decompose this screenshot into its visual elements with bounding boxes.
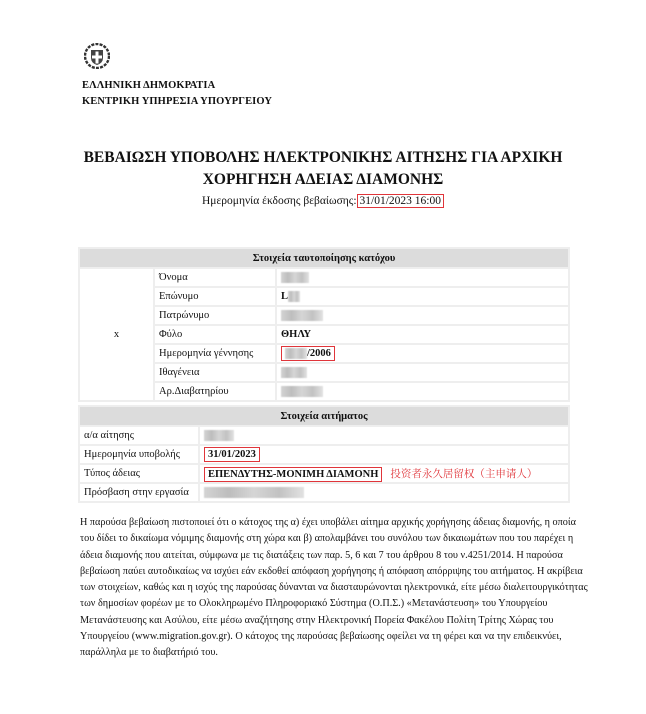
table-row: Ημερομηνία υποβολής 31/01/2023 — [79, 445, 569, 464]
holder-identification-table: Στοιχεία ταυτοποίησης κατόχου x Όνομα Επ… — [78, 247, 570, 402]
redacted-value — [204, 487, 304, 498]
application-table-header: Στοιχεία αιτήματος — [79, 406, 569, 426]
field-label: Φύλο — [154, 325, 276, 344]
birth-date-highlight: /2006 — [281, 346, 335, 361]
field-label: Ημερομηνία υποβολής — [79, 445, 199, 464]
table-row: x Όνομα — [79, 268, 569, 287]
title-line-1: ΒΕΒΑΙΩΣΗ ΥΠΟΒΟΛΗΣ ΗΛΕΚΤΡΟΝΙΚΗΣ ΑΙΤΗΣΗΣ Γ… — [0, 147, 646, 169]
field-label: Ιθαγένεια — [154, 363, 276, 382]
table-row: α/α αίτησης — [79, 426, 569, 445]
org-line-1: ΕΛΛΗΝΙΚΗ ΔΗΜΟΚΡΑΤΙΑ — [82, 78, 272, 94]
redacted-value — [288, 291, 300, 302]
field-label: Όνομα — [154, 268, 276, 287]
redacted-value — [285, 348, 307, 359]
redacted-value — [281, 386, 323, 397]
nationality-value — [276, 363, 569, 382]
chinese-annotation: 投资者永久居留权（主申请人） — [390, 468, 537, 480]
redacted-value — [281, 310, 323, 321]
holder-table-header: Στοιχεία ταυτοποίησης κατόχου — [79, 248, 569, 268]
issue-date-value: 31/01/2023 16:00 — [357, 194, 444, 208]
first-name-value — [276, 268, 569, 287]
field-label: Αρ.Διαβατηρίου — [154, 382, 276, 401]
passport-number-value — [276, 382, 569, 401]
field-label: α/α αίτησης — [79, 426, 199, 445]
patronymic-value — [276, 306, 569, 325]
issuing-authority: ΕΛΛΗΝΙΚΗ ΔΗΜΟΚΡΑΤΙΑ ΚΕΝΤΡΙΚΗ ΥΠΗΡΕΣΙΑ ΥΠ… — [82, 78, 272, 110]
table-row: Πρόσβαση στην εργασία — [79, 483, 569, 502]
permit-type-value: ΕΠΕΝΔΥΤΗΣ-ΜΟΝΙΜΗ ΔΙΑΜΟΝΗ投资者永久居留权（主申请人） — [199, 464, 569, 483]
greek-coat-of-arms-icon — [84, 43, 110, 69]
application-number-value — [199, 426, 569, 445]
org-line-2: ΚΕΝΤΡΙΚΗ ΥΠΗΡΕΣΙΑ ΥΠΟΥΡΓΕΙΟΥ — [82, 94, 272, 110]
document-title: ΒΕΒΑΙΩΣΗ ΥΠΟΒΟΛΗΣ ΗΛΕΚΤΡΟΝΙΚΗΣ ΑΙΤΗΣΗΣ Γ… — [0, 147, 646, 191]
birth-date-value: /2006 — [276, 344, 569, 363]
redacted-value — [204, 430, 234, 441]
application-details-table: Στοιχεία αιτήματος α/α αίτησης Ημερομηνί… — [78, 405, 570, 503]
issue-date-label: Ημερομηνία έκδοσης βεβαίωσης: — [202, 195, 357, 207]
surname-value: L — [276, 287, 569, 306]
work-access-value — [199, 483, 569, 502]
certificate-body-paragraph: Η παρούσα βεβαίωση πιστοποιεί ότι ο κάτο… — [80, 515, 590, 662]
field-label: Τύπος άδειας — [79, 464, 199, 483]
issue-date-line: Ημερομηνία έκδοσης βεβαίωσης:31/01/2023 … — [0, 193, 646, 209]
gender-value: ΘΗΛΥ — [276, 325, 569, 344]
table-row: Τύπος άδειας ΕΠΕΝΔΥΤΗΣ-ΜΟΝΙΜΗ ΔΙΑΜΟΝΗ投资者… — [79, 464, 569, 483]
field-label: Ημερομηνία γέννησης — [154, 344, 276, 363]
redacted-value — [281, 367, 307, 378]
redacted-value — [281, 272, 309, 283]
submission-date-value: 31/01/2023 — [199, 445, 569, 464]
field-label: Πατρώνυμο — [154, 306, 276, 325]
field-label: Επώνυμο — [154, 287, 276, 306]
title-line-2: ΧΟΡΗΓΗΣΗ ΑΔΕΙΑΣ ΔΙΑΜΟΝΗΣ — [0, 169, 646, 191]
field-label: Πρόσβαση στην εργασία — [79, 483, 199, 502]
photo-cell: x — [79, 268, 154, 401]
